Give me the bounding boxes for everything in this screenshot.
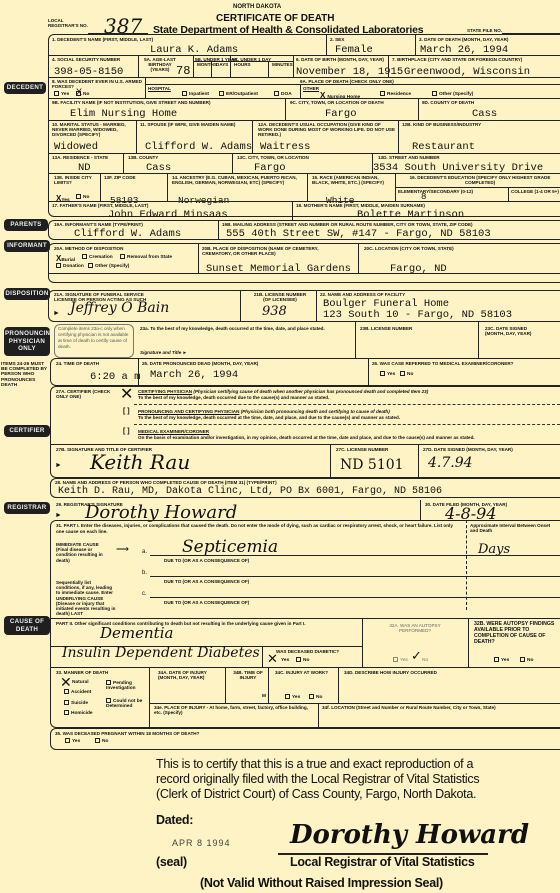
divider <box>211 61 212 77</box>
autopsy-yes[interactable]: Yes <box>393 657 408 663</box>
divider <box>368 358 369 386</box>
divider <box>262 646 263 667</box>
divider <box>468 618 469 667</box>
divider <box>232 153 233 173</box>
opt2-title: PRONOUNCING AND CERTIFYING PHYSICIAN (Ph… <box>138 409 390 414</box>
signature-title-label: Signature and Title ► <box>140 350 187 355</box>
race-label: 15. RACE (American Indian, Black, White,… <box>312 175 392 185</box>
opt1-statement: To the best of my knowledge, death occur… <box>138 395 329 400</box>
funeral-license-label: 21b. LICENSE NUMBER (of Licensee) <box>250 292 310 302</box>
certifier-license: ND 5101 <box>340 457 404 473</box>
divider <box>316 290 317 322</box>
name-label: 1. DECEDENT'S NAME (First, Middle, Last) <box>52 37 153 42</box>
birthplace-label: 7. BIRTHPLACE (City and State or Foreign… <box>392 57 522 62</box>
armed-forces-yes[interactable]: Yes <box>54 91 69 97</box>
divider <box>355 322 356 358</box>
opt1-title: CERTIFYING PHYSICIAN (Physician certifyi… <box>138 389 428 394</box>
divider <box>292 201 293 220</box>
education-label: 16. DECEDENT'S EDUCATION (Specify only h… <box>400 175 560 185</box>
divider <box>50 618 560 619</box>
diabetic-no[interactable]: No <box>296 657 309 663</box>
divider <box>388 55 389 77</box>
autopsy-label: 32a. WAS AN AUTOPSY PERFORMED? <box>380 623 450 633</box>
divider <box>240 290 241 322</box>
sex-label: 2. SEX <box>330 37 344 42</box>
funeral-facility-label: 22. NAME AND ADDRESS OF FACILITY <box>320 292 405 297</box>
injury-work-yes[interactable]: Yes <box>285 694 300 700</box>
line-a-marker: a. <box>142 549 147 555</box>
referred-yes[interactable]: Yes <box>380 371 395 377</box>
disposition-location-label: 20c. LOCATION (City or Town, State) <box>364 246 454 251</box>
autopsy-findings-label: 32b. WERE AUTOPSY FINDINGS AVAILABLE PRI… <box>474 621 560 645</box>
funeral-license: 938 <box>262 304 287 319</box>
certification-line-2: record originally filed with the Local R… <box>156 772 479 787</box>
diabetic-label: WAS DECEASED DIABETIC? <box>276 649 339 654</box>
divider <box>48 98 560 99</box>
diabetic-yes: Yes <box>281 658 289 663</box>
divider <box>193 61 293 62</box>
hours-label: Hours <box>234 62 251 67</box>
marital-status: Widowed <box>54 141 98 153</box>
elementary-label: Elementary/Secondary (0-12) <box>398 189 473 194</box>
informant-name: Clifford W. Adams <box>74 228 181 240</box>
other-place-checkbox[interactable]: Other (Specify) <box>432 91 473 97</box>
divider <box>48 201 560 202</box>
divider <box>300 84 301 98</box>
city-of-death: Fargo <box>325 108 357 120</box>
mailing-address: 555 40th Street SW, #147 - Fargo, ND 581… <box>226 228 491 240</box>
industry-label: 12b. KIND OF BUSINESS/INDUSTRY <box>402 122 481 127</box>
divider <box>420 500 421 520</box>
facility-label: 9b. FACILITY NAME (If not institution, g… <box>52 100 211 105</box>
opt2-statement: To the best of my knowledge, death occur… <box>138 415 400 420</box>
divider <box>418 98 419 120</box>
findings-yes[interactable]: Yes <box>494 657 509 663</box>
section-label-disposition: DISPOSITION <box>4 288 50 300</box>
divider <box>50 667 560 668</box>
medical-examiner-checkbox[interactable]: [ ] <box>123 428 130 435</box>
pronouncing-license-label: 23b. LICENSE NUMBER <box>360 326 412 331</box>
section-label-informant: INFORMANT <box>4 240 50 252</box>
minutes-label: Minutes <box>272 62 293 67</box>
section-label-cause: CAUSE OF DEATH <box>4 616 50 635</box>
inside-city-label: 13e. INSIDE CITY LIMITS? <box>54 175 94 185</box>
months-label: Months <box>197 62 217 67</box>
part2-condition-2: Insulin Dependent Diabetes <box>62 645 260 661</box>
mother-label: 18. MOTHER'S NAME (First, Middle, Maiden… <box>296 203 425 208</box>
city-of-death-label: 9c. CITY, TOWN, OR LOCATION OF DEATH <box>290 100 384 105</box>
pregnant-no[interactable]: No <box>95 738 108 744</box>
divider <box>48 120 560 121</box>
state-file-label: STATE FILE NO. <box>467 28 502 33</box>
divider <box>48 153 560 154</box>
facility-name: Elim Nursing Home <box>70 108 177 120</box>
date-of-death-label: 3. DATE OF DEATH (Month, Day, Year) <box>419 37 508 42</box>
signer-title: Local Registrar of Vital Statistics <box>290 855 474 870</box>
divider <box>138 358 139 386</box>
other-label: OTHER <box>303 86 319 91</box>
divider <box>100 173 101 201</box>
certifier-date-label: 27d. DATE SIGNED (Month, Day, Year) <box>423 447 513 452</box>
divider <box>167 173 168 201</box>
homicide-option[interactable]: Homicide <box>64 710 93 716</box>
pregnant-label: 35. WAS DECEASED PREGNANT WITHIN 18 MONT… <box>55 731 199 736</box>
disposition-place-label: 20b. PLACE OF DISPOSITION (Name of cemet… <box>202 246 332 256</box>
arrow-icon: ► <box>55 462 62 469</box>
opt3-title: MEDICAL EXAMINER/CORONER <box>138 429 209 434</box>
divider <box>149 667 150 728</box>
divider <box>48 55 560 56</box>
section-label-registrar: REGISTRAR <box>4 502 50 514</box>
inpatient-checkbox[interactable]: Inpatient <box>182 91 209 97</box>
referred-no[interactable]: No <box>400 371 413 377</box>
certification-line-3: (Clerk of District Court) of Cass County… <box>156 787 476 802</box>
accident-option[interactable]: Accident <box>64 689 91 695</box>
diabetic-yes-check[interactable]: ✕ <box>267 651 278 667</box>
burial-checkbox[interactable]: XBurial <box>56 254 75 263</box>
mailing-address-label: 19b. MAILING ADDRESS (Street and Number … <box>222 222 473 227</box>
dated-label: Dated: <box>156 813 193 828</box>
removal-checkbox[interactable]: Removal from State <box>120 254 172 260</box>
divider <box>193 55 194 77</box>
age: 78 <box>176 64 190 78</box>
opt3-statement: On the basis of examination and/or inves… <box>138 435 475 440</box>
residence-city-label: 13c. CITY, TOWN, OR LOCATION <box>237 155 309 160</box>
funeral-signature: Jeffrey O Bain <box>70 300 169 316</box>
certifier-label: 27a. CERTIFIER (Check only one) <box>56 389 116 399</box>
occupation-label: 12a. DECEDENT'S USUAL OCCUPATION (Give k… <box>258 122 396 138</box>
pending-option[interactable]: Pending Investigation <box>106 680 146 691</box>
divider <box>138 55 139 77</box>
sequential-label: Sequentially list conditions, if any, le… <box>56 580 116 616</box>
zip-label: 13f. ZIP CODE <box>104 175 136 180</box>
referred-label: 26. WAS CASE REFERRED TO MEDICAL EXAMINE… <box>372 361 514 366</box>
county-of-death-label: 9d. COUNTY OF DEATH <box>422 100 474 105</box>
line-c-marker: c. <box>142 591 147 597</box>
divider <box>198 243 199 273</box>
spouse-name: Clifford W. Adams <box>145 141 252 153</box>
injury-description-label: 34d. DESCRIBE HOW INJURY OCCURRED <box>344 670 437 675</box>
divider <box>415 34 416 55</box>
father-label: 17. FATHER'S NAME (First, Middle, Last) <box>52 203 148 208</box>
injury-work-label: 34c. INJURY AT WORK? <box>275 670 328 675</box>
divider <box>330 444 331 478</box>
local-registrar-signature: Dorothy Howard <box>290 820 529 850</box>
undetermined-option[interactable]: Could not be Determined <box>106 698 148 709</box>
divider <box>418 444 419 478</box>
injury-time-label: 34b. TIME OF INJURY <box>230 670 266 680</box>
cause-line-c-underline <box>150 597 560 598</box>
age-label: 5a. AGE-Last Birthday (Years) <box>141 57 179 73</box>
cause-line-a: Septicemia <box>182 537 278 557</box>
donation-checkbox[interactable]: Donation <box>56 263 84 269</box>
injury-place-label: 34e. PLACE OF INJURY - At home, farm, st… <box>154 705 314 715</box>
divider <box>50 444 560 445</box>
divider <box>145 84 560 85</box>
injury-location-label: 34f. LOCATION (Street and Number or Rura… <box>322 705 496 710</box>
local-registrar-label: LOCAL REGISTRAR'S NO. <box>48 18 88 28</box>
divider <box>230 55 231 77</box>
funeral-facility-address: 123 South 10 - Fargo, ND 58103 <box>323 309 512 321</box>
arrow-icon: ⟶ <box>116 544 129 555</box>
divider <box>268 667 269 703</box>
date-pronounced-label: 25. DATE PRONOUNCED DEAD (Month, Day, Ye… <box>142 361 258 366</box>
cremation-checkbox[interactable]: Cremation <box>82 254 113 260</box>
completer-name-address: Keith D. Rau, MD, Dakota Clinc, Ltd, PO … <box>58 486 442 497</box>
completer-label: 28. NAME AND ADDRESS OF PERSON WHO COMPL… <box>55 480 277 485</box>
divider <box>362 618 363 667</box>
er-outpatient-checkbox[interactable]: ER/Outpatient <box>219 91 258 97</box>
residence-checkbox[interactable]: Residence <box>380 91 411 97</box>
due-to-label: DUE TO (OR AS A CONSEQUENCE OF) <box>164 579 249 584</box>
residence-state-label: 13a. RESIDENCE - STATE <box>52 155 108 160</box>
section-label-parents: PARENTS <box>4 219 48 231</box>
seal-label: (seal) <box>156 855 187 870</box>
certifier-signature: Keith Rau <box>90 450 190 474</box>
injury-work-no[interactable]: No <box>309 694 322 700</box>
pronouncing-note: Complete items 23a-c only when certifyin… <box>58 326 132 350</box>
other-disposition-checkbox[interactable]: Other (Specify) <box>88 263 129 269</box>
doa-checkbox[interactable]: DOA <box>274 91 292 97</box>
informant-name-label: 19a. INFORMANT'S NAME (Type/Print) <box>54 222 143 227</box>
divider <box>358 243 359 273</box>
divider <box>395 187 560 188</box>
armed-forces-no[interactable]: ​XNo <box>76 91 89 97</box>
state-heading: NORTH DAKOTA <box>233 4 281 10</box>
part1-label: 31. PART I. Enter the diseases, injuries… <box>56 523 461 534</box>
divider <box>508 187 509 201</box>
dated-stamp: APR 8 1994 <box>172 838 231 848</box>
certifier-license-label: 27c. LICENSE NUMBER <box>336 447 388 452</box>
part2-condition-1: Dementia <box>100 624 173 642</box>
inside-city-no[interactable]: No <box>76 194 89 200</box>
divider <box>285 98 286 120</box>
certification-line-1: This is to certify that this is a true a… <box>156 757 473 772</box>
divider <box>318 703 319 728</box>
disposition-method-label: 20a. METHOD OF DISPOSITION <box>54 246 123 251</box>
dob-label: 6. DATE OF BIRTH (Month, Day, Year) <box>296 57 384 62</box>
due-to-label: DUE TO (OR AS A CONSEQUENCE OF) <box>164 558 249 563</box>
certifier-date-signed: 4.7.94 <box>428 455 473 471</box>
divider <box>123 153 124 173</box>
items-24-26-note: ITEMS 24-26 MUST BE COMPLETED BY PERSON … <box>1 362 51 388</box>
time-of-death-label: 24. TIME OF DEATH <box>56 361 99 366</box>
findings-no[interactable]: No <box>520 657 533 663</box>
ssn-label: 4. SOCIAL SECURITY NUMBER <box>52 57 120 62</box>
certificate-title: CERTIFICATE OF DEATH <box>216 13 335 24</box>
autopsy-no: No <box>422 658 428 663</box>
arrow-icon: ► <box>53 310 60 317</box>
divider <box>225 667 226 703</box>
divider <box>48 273 560 274</box>
divider <box>338 667 339 703</box>
section-label-pronouncing: PRONOUNCING PHYSICIAN ONLY <box>4 327 50 356</box>
pronouncing-certifying-checkbox[interactable]: [ ] <box>123 408 130 415</box>
armed-forces-label: 8. WAS DECEDENT EVER IN U.S. ARMED FORCE… <box>52 79 142 89</box>
cause-line-b-underline <box>150 576 560 577</box>
certifying-physician-check[interactable]: ✕ <box>120 384 133 404</box>
immediate-cause-label: IMMEDIATE CAUSE (Final disease or condit… <box>56 542 106 563</box>
divider <box>145 77 146 98</box>
pregnant-yes[interactable]: Yes <box>65 738 80 744</box>
divider <box>293 55 294 77</box>
spouse-label: 11. SPOUSE (If wife, give maiden name) <box>140 122 250 127</box>
divider <box>218 220 219 240</box>
injury-date-label: 34a. DATE OF INJURY (Month, Day, Year) <box>158 670 218 680</box>
divider <box>252 120 253 153</box>
divider <box>326 34 327 55</box>
cause-line-a-underline <box>150 555 560 556</box>
industry: Restaurant <box>412 141 475 153</box>
divider <box>268 61 269 77</box>
line-b-marker: b. <box>142 570 147 576</box>
suicide-option[interactable]: Suicide <box>64 700 88 706</box>
part2-label: PART II. Other significant conditions co… <box>56 621 306 626</box>
injury-time-m: M <box>262 694 266 699</box>
divider <box>48 77 560 78</box>
interval-label: Approximate Interval Between Onset and D… <box>470 523 555 533</box>
divider <box>307 173 308 201</box>
college-label: College (1-4 or 5+) <box>511 189 559 194</box>
days-label: Days <box>216 62 228 67</box>
divider <box>48 173 560 174</box>
arrow-icon: ► <box>55 512 62 519</box>
hospital-label: HOSPITAL <box>148 86 171 91</box>
date-pronounced: March 26, 1994 <box>150 369 238 381</box>
validity-footer: (Not Valid Without Raised Impression Sea… <box>200 876 443 891</box>
divider <box>136 120 137 153</box>
divider <box>478 322 479 358</box>
divider <box>134 424 560 425</box>
residence-street-label: 13d. STREET AND NUMBER <box>378 155 440 160</box>
natural-option: Natural <box>72 680 89 685</box>
section-label-decedent: DECEDENT <box>4 82 46 94</box>
marital-status-label: 10. MARITAL STATUS - Married, Never Marr… <box>52 122 132 138</box>
time-of-death: 6:20 a m <box>90 371 140 383</box>
county-of-death: Cass <box>472 108 497 120</box>
pronouncing-date-label: 23c. DATE SIGNED (Month, Day, Year) <box>485 326 545 336</box>
pronouncing-statement-label: 23a. To the best of my knowledge, death … <box>140 326 325 331</box>
residence-county-label: 13b. COUNTY <box>128 155 158 160</box>
autopsy-no-check[interactable]: ✓ <box>411 648 422 664</box>
divider <box>149 703 560 704</box>
divider <box>398 120 399 153</box>
ancestry-label: 14. ANCESTRY (e.g. Cuban, Mexican, Puert… <box>172 175 307 185</box>
occupation: Waitress <box>260 141 310 153</box>
divider <box>134 404 560 405</box>
due-to-label: DUE TO (OR AS A CONSEQUENCE OF) <box>164 600 249 605</box>
section-label-certifier: CERTIFIER <box>4 425 50 437</box>
